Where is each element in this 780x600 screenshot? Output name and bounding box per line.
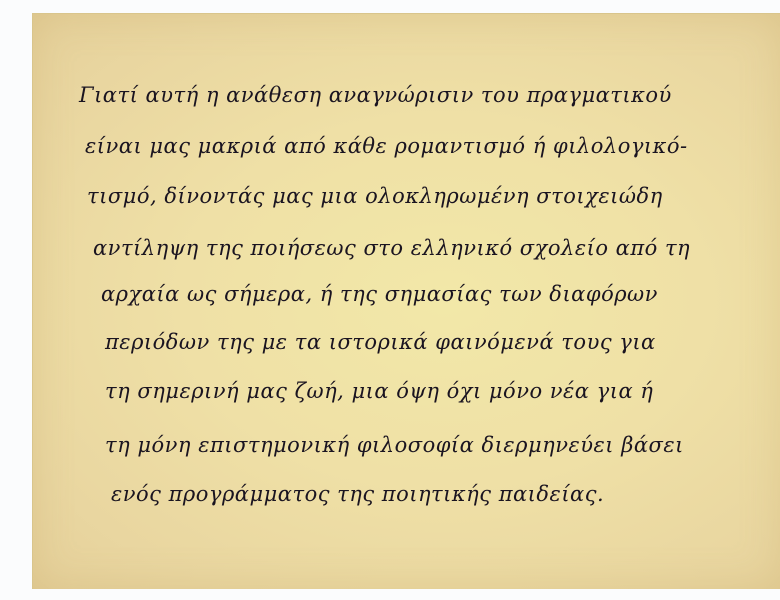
handwritten-line: αρχαία ως σήμερα, ή της σημασίας των δια… [101,282,658,306]
handwritten-line: περιόδων της με τα ιστορικά φαινόμενά το… [105,330,656,354]
handwritten-line: ενός προγράμματος της ποιητικής παιδείας… [111,482,604,506]
handwritten-line: τη μόνη επιστημονική φιλοσοφία διερμηνεύ… [105,433,684,457]
handwritten-line: αντίληψη της ποιήσεως στο ελληνικό σχολε… [93,236,690,260]
handwritten-line: τισμό, δίνοντάς μας μια ολοκληρωμένη στο… [87,184,663,208]
handwritten-line: τη σημερινή μας ζωή, μια όψη όχι μόνο νέ… [105,379,653,403]
manuscript-page: Γιατί αυτή η ανάθεση αναγνώρισιν του πρα… [32,13,780,589]
handwritten-line: είναι μας μακριά από κάθε ρομαντισμό ή φ… [85,134,688,158]
handwritten-line: Γιατί αυτή η ανάθεση αναγνώρισιν του πρα… [79,83,672,107]
